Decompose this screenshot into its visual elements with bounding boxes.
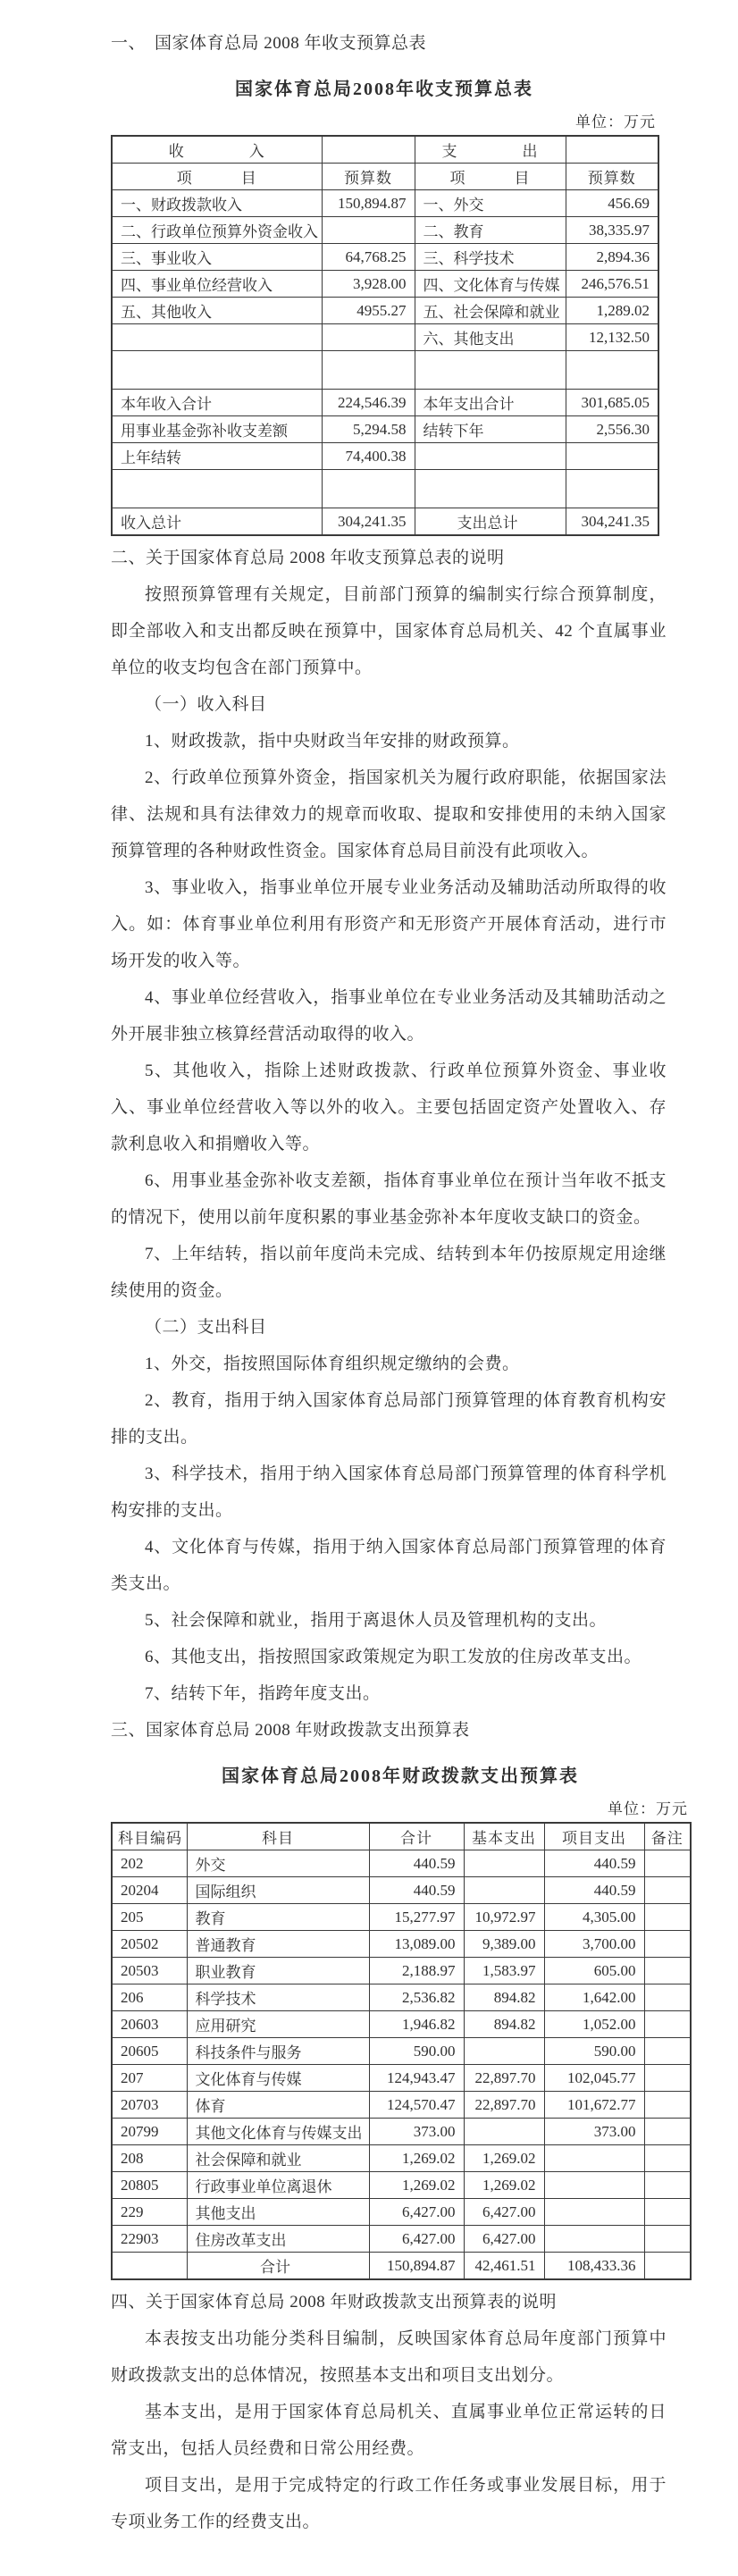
table-cell <box>415 443 566 470</box>
table-row: 上年结转74,400.38 <box>112 443 658 470</box>
table-cell: 20503 <box>112 1958 187 1984</box>
table1-title: 国家体育总局2008年收支预算总表 <box>111 74 658 100</box>
table-cell: 其他文化体育与传媒支出 <box>187 2119 369 2145</box>
table-cell: 1,946.82 <box>369 2011 464 2038</box>
table-cell: 894.82 <box>464 2011 544 2038</box>
paragraph: 1、外交，指按照国际体育组织规定缴纳的会费。 <box>111 1346 667 1382</box>
table-cell: 206 <box>112 1984 187 2011</box>
table-cell: 22903 <box>112 2226 187 2253</box>
table-row: 一、财政拨款收入150,894.87一、外交456.69 <box>112 190 658 217</box>
table-cell: 440.59 <box>369 1877 464 1904</box>
table-cell <box>464 2038 544 2065</box>
table-cell: 590.00 <box>369 2038 464 2065</box>
table-cell: 科学技术 <box>187 1984 369 2011</box>
table-cell <box>644 2145 691 2172</box>
table-cell: 15,277.97 <box>369 1904 464 1931</box>
table-cell: 205 <box>112 1904 187 1931</box>
budget-summary-table: 收 入 支 出 项 目 预算数 项 目 预算数 一、财政拨款收入150,894.… <box>111 135 659 536</box>
section2-heading: 二、关于国家体育总局 2008 年收支预算总表的说明 <box>111 540 665 576</box>
table-cell: 1,269.02 <box>464 2172 544 2199</box>
table-cell: 373.00 <box>369 2119 464 2145</box>
paragraph: 6、其他支出，指按照国家政策规定为职工发放的住房改革支出。 <box>111 1639 667 1675</box>
table-cell <box>644 1904 691 1931</box>
table-cell: 支出总计 <box>415 508 566 536</box>
table-cell: 124,943.47 <box>369 2065 464 2092</box>
table-cell: 894.82 <box>464 1984 544 2011</box>
table-cell: 4955.27 <box>322 298 415 324</box>
table-cell: 108,433.36 <box>544 2253 644 2280</box>
table-header-row: 项 目 预算数 项 目 预算数 <box>112 164 658 190</box>
table-row <box>112 351 658 390</box>
table-cell: 体育 <box>187 2092 369 2119</box>
paragraph: 6、用事业基金弥补收支差额，指体育事业单位在预计当年收不抵支的情况下，使用以前年… <box>111 1162 667 1236</box>
table-cell: 9,389.00 <box>464 1931 544 1958</box>
table-cell: 收入总计 <box>112 508 322 536</box>
table-row: 208社会保障和就业1,269.021,269.02 <box>112 2145 691 2172</box>
table-cell <box>644 1850 691 1877</box>
table-cell: 301,685.05 <box>566 390 658 416</box>
table-cell: 普通教育 <box>187 1931 369 1958</box>
table-cell: 行政事业单位离退休 <box>187 2172 369 2199</box>
table-cell: 1,269.02 <box>369 2145 464 2172</box>
table-row: 合计150,894.8742,461.51108,433.36 <box>112 2253 691 2280</box>
subsection-heading-income: （一）收入科目 <box>111 686 667 723</box>
expense-group-header: 支 出 <box>415 136 566 164</box>
table-cell: 文化体育与传媒 <box>187 2065 369 2092</box>
table-row: 20204国际组织440.59440.59 <box>112 1877 691 1904</box>
table-cell <box>644 2253 691 2280</box>
table-cell: 1,289.02 <box>566 298 658 324</box>
basic-expense-header: 基本支出 <box>464 1823 544 1850</box>
table-cell <box>415 351 566 390</box>
table-row: 本年收入合计224,546.39本年支出合计301,685.05 <box>112 390 658 416</box>
table-cell: 208 <box>112 2145 187 2172</box>
table-row <box>112 470 658 508</box>
table-cell: 12,132.50 <box>566 324 658 351</box>
table-cell: 440.59 <box>544 1850 644 1877</box>
table-cell <box>464 1877 544 1904</box>
table-row: 20799其他文化体育与传媒支出373.00373.00 <box>112 2119 691 2145</box>
table-cell <box>112 470 322 508</box>
table-cell: 20502 <box>112 1931 187 1958</box>
table-cell <box>644 2226 691 2253</box>
table-cell: 一、财政拨款收入 <box>112 190 322 217</box>
table-cell: 124,570.47 <box>369 2092 464 2119</box>
table-cell <box>415 470 566 508</box>
table-cell: 五、其他收入 <box>112 298 322 324</box>
table-cell: 22,897.70 <box>464 2065 544 2092</box>
paragraph: 2、行政单位预算外资金，指国家机关为履行政府职能，依据国家法律、法规和具有法律效… <box>111 759 667 869</box>
table-cell: 2,556.30 <box>566 416 658 443</box>
table-row: 20502普通教育13,089.009,389.003,700.00 <box>112 1931 691 1958</box>
paragraph: 4、文化体育与传媒，指用于纳入国家体育总局部门预算管理的体育类支出。 <box>111 1529 667 1602</box>
table-row: 206科学技术2,536.82894.821,642.00 <box>112 1984 691 2011</box>
table-row: 20503职业教育2,188.971,583.97605.00 <box>112 1958 691 1984</box>
table-cell: 6,427.00 <box>464 2226 544 2253</box>
section1-heading: 一、 国家体育总局 2008 年收支预算总表 <box>111 25 665 62</box>
table-cell: 42,461.51 <box>464 2253 544 2280</box>
table-cell: 5,294.58 <box>322 416 415 443</box>
table-cell: 1,052.00 <box>544 2011 644 2038</box>
table-row: 五、其他收入4955.27五、社会保障和就业1,289.02 <box>112 298 658 324</box>
table-cell <box>322 324 415 351</box>
unit-label: 单位：万元 <box>111 109 656 131</box>
table-cell: 一、外交 <box>415 190 566 217</box>
table-row: 229其他支出6,427.006,427.00 <box>112 2199 691 2226</box>
subject-header: 科目 <box>187 1823 369 1850</box>
table-row: 二、行政单位预算外资金收入二、教育38,335.97 <box>112 217 658 244</box>
table-group-header-row: 收 入 支 出 <box>112 136 658 164</box>
table-cell: 2,188.97 <box>369 1958 464 1984</box>
income-group-header: 收 入 <box>112 136 322 164</box>
table-cell <box>644 2172 691 2199</box>
table-header-row: 科目编码 科目 合计 基本支出 项目支出 备注 <box>112 1823 691 1850</box>
table-row: 六、其他支出12,132.50 <box>112 324 658 351</box>
table-cell: 结转下年 <box>415 416 566 443</box>
paragraph: 5、其他收入，指除上述财政拨款、行政单位预算外资金、事业收入、事业单位经营收入等… <box>111 1053 667 1162</box>
table-cell <box>644 2065 691 2092</box>
table-cell: 2,894.36 <box>566 244 658 271</box>
table-cell: 101,672.77 <box>544 2092 644 2119</box>
table-cell: 三、事业收入 <box>112 244 322 271</box>
table-cell <box>112 2253 187 2280</box>
paragraph: 项目支出，是用于完成特定的行政工作任务或事业发展目标，用于专项业务工作的经费支出… <box>111 2467 667 2540</box>
table-cell: 207 <box>112 2065 187 2092</box>
table-cell: 13,089.00 <box>369 1931 464 1958</box>
table-cell: 外交 <box>187 1850 369 1877</box>
table-cell: 22,897.70 <box>464 2092 544 2119</box>
table-cell: 20805 <box>112 2172 187 2199</box>
paragraph: 按照预算管理有关规定，目前部门预算的编制实行综合预算制度，即全部收入和支出都反映… <box>111 576 667 686</box>
table-cell: 20605 <box>112 2038 187 2065</box>
table-cell <box>464 2119 544 2145</box>
table-cell: 4,305.00 <box>544 1904 644 1931</box>
table-cell: 1,583.97 <box>464 1958 544 1984</box>
table-cell <box>566 470 658 508</box>
remarks-header: 备注 <box>644 1823 691 1850</box>
table-cell: 6,427.00 <box>464 2199 544 2226</box>
table-cell <box>464 1850 544 1877</box>
table-row: 202外交440.59440.59 <box>112 1850 691 1877</box>
paragraph: 7、结转下年，指跨年度支出。 <box>111 1675 667 1712</box>
table-cell <box>112 324 322 351</box>
subject-code-header: 科目编码 <box>112 1823 187 1850</box>
table-cell: 440.59 <box>544 1877 644 1904</box>
table-cell: 用事业基金弥补收支差额 <box>112 416 322 443</box>
paragraph: 5、社会保障和就业，指用于离退休人员及管理机构的支出。 <box>111 1602 667 1639</box>
table-cell: 38,335.97 <box>566 217 658 244</box>
section3-heading: 三、国家体育总局 2008 年财政拨款支出预算表 <box>111 1712 665 1749</box>
table-cell: 456.69 <box>566 190 658 217</box>
table-row: 用事业基金弥补收支差额5,294.58结转下年2,556.30 <box>112 416 658 443</box>
table-cell <box>644 1877 691 1904</box>
table-cell: 上年结转 <box>112 443 322 470</box>
paragraph: 基本支出，是用于国家体育总局机关、直属事业单位正常运转的日常支出，包括人员经费和… <box>111 2394 667 2467</box>
table-cell: 住房改革支出 <box>187 2226 369 2253</box>
table-cell: 304,241.35 <box>322 508 415 536</box>
appropriation-expense-table: 科目编码 科目 合计 基本支出 项目支出 备注 202外交440.59440.5… <box>111 1822 692 2280</box>
table-cell: 应用研究 <box>187 2011 369 2038</box>
expense-item-header: 项 目 <box>415 164 566 190</box>
table-cell <box>644 2092 691 2119</box>
blank-header-cell <box>322 136 415 164</box>
table-cell <box>644 1931 691 1958</box>
table-cell: 20603 <box>112 2011 187 2038</box>
table-cell <box>544 2145 644 2172</box>
table-cell: 社会保障和就业 <box>187 2145 369 2172</box>
table-row: 22903住房改革支出6,427.006,427.00 <box>112 2226 691 2253</box>
table-row: 20805行政事业单位离退休1,269.021,269.02 <box>112 2172 691 2199</box>
table-row: 四、事业单位经营收入3,928.00四、文化体育与传媒246,576.51 <box>112 271 658 298</box>
table-cell: 本年支出合计 <box>415 390 566 416</box>
table-cell <box>644 2199 691 2226</box>
blank-header-cell <box>566 136 658 164</box>
table-cell: 2,536.82 <box>369 1984 464 2011</box>
income-item-header: 项 目 <box>112 164 322 190</box>
table-cell: 五、社会保障和就业 <box>415 298 566 324</box>
table-cell: 20204 <box>112 1877 187 1904</box>
table-cell: 国际组织 <box>187 1877 369 1904</box>
table-cell <box>644 2119 691 2145</box>
document-page: { "s1": { "heading": "一、 国家体育总局 2008 年收支… <box>0 0 738 2576</box>
total-header: 合计 <box>369 1823 464 1850</box>
table-cell: 四、事业单位经营收入 <box>112 271 322 298</box>
table-cell: 246,576.51 <box>566 271 658 298</box>
table2-body: 202外交440.59440.5920204国际组织440.59440.5920… <box>112 1850 691 2280</box>
project-expense-header: 项目支出 <box>544 1823 644 1850</box>
table-cell: 590.00 <box>544 2038 644 2065</box>
table-cell <box>322 217 415 244</box>
table1-body: 一、财政拨款收入150,894.87一、外交456.69二、行政单位预算外资金收… <box>112 190 658 536</box>
table-cell <box>322 351 415 390</box>
table-cell <box>644 1984 691 2011</box>
table-cell <box>566 351 658 390</box>
expense-budget-header: 预算数 <box>566 164 658 190</box>
table-cell: 64,768.25 <box>322 244 415 271</box>
table-cell <box>566 443 658 470</box>
table-row: 20603应用研究1,946.82894.821,052.00 <box>112 2011 691 2038</box>
paragraph: 2、教育，指用于纳入国家体育总局部门预算管理的体育教育机构安排的支出。 <box>111 1382 667 1456</box>
table-cell <box>112 351 322 390</box>
table-cell: 教育 <box>187 1904 369 1931</box>
table-cell: 20703 <box>112 2092 187 2119</box>
paragraph: 本表按支出功能分类科目编制，反映国家体育总局年度部门预算中财政拨款支出的总体情况… <box>111 2320 667 2394</box>
table-cell: 20799 <box>112 2119 187 2145</box>
table-cell: 605.00 <box>544 1958 644 1984</box>
paragraph: 1、财政拨款，指中央财政当年安排的财政预算。 <box>111 723 667 759</box>
table-cell <box>544 2172 644 2199</box>
table-cell: 229 <box>112 2199 187 2226</box>
table-cell: 3,700.00 <box>544 1931 644 1958</box>
table-cell <box>322 470 415 508</box>
table-cell <box>544 2226 644 2253</box>
table-cell: 三、科学技术 <box>415 244 566 271</box>
table-cell <box>644 1958 691 1984</box>
table-cell: 150,894.87 <box>322 190 415 217</box>
table-cell: 1,642.00 <box>544 1984 644 2011</box>
table-cell: 1,269.02 <box>369 2172 464 2199</box>
table-row: 207文化体育与传媒124,943.4722,897.70102,045.77 <box>112 2065 691 2092</box>
table-row: 收入总计304,241.35支出总计304,241.35 <box>112 508 658 536</box>
table-row: 205教育15,277.9710,972.974,305.00 <box>112 1904 691 1931</box>
section4-heading: 四、关于国家体育总局 2008 年财政拨款支出预算表的说明 <box>111 2284 665 2320</box>
table-cell: 102,045.77 <box>544 2065 644 2092</box>
table-cell: 四、文化体育与传媒 <box>415 271 566 298</box>
table-cell <box>644 2038 691 2065</box>
table2-title: 国家体育总局2008年财政拨款支出预算表 <box>111 1761 690 1787</box>
table-cell: 本年收入合计 <box>112 390 322 416</box>
table-cell: 6,427.00 <box>369 2226 464 2253</box>
table-cell: 科技条件与服务 <box>187 2038 369 2065</box>
table-cell: 3,928.00 <box>322 271 415 298</box>
income-expense-table-block: 国家体育总局2008年收支预算总表 单位：万元 收 入 支 出 项 目 预算数 … <box>111 74 658 536</box>
table-cell: 224,546.39 <box>322 390 415 416</box>
table-row: 20703体育124,570.4722,897.70101,672.77 <box>112 2092 691 2119</box>
table-cell: 304,241.35 <box>566 508 658 536</box>
table-cell: 六、其他支出 <box>415 324 566 351</box>
paragraph: 3、科学技术，指用于纳入国家体育总局部门预算管理的体育科学机构安排的支出。 <box>111 1456 667 1529</box>
table-cell: 二、教育 <box>415 217 566 244</box>
subsection-heading-expense: （二）支出科目 <box>111 1309 667 1346</box>
paragraph: 3、事业收入，指事业单位开展专业业务活动及辅助活动所取得的收入。如：体育事业单位… <box>111 869 667 979</box>
table-cell: 合计 <box>187 2253 369 2280</box>
table-row: 三、事业收入64,768.25三、科学技术2,894.36 <box>112 244 658 271</box>
table-cell: 440.59 <box>369 1850 464 1877</box>
income-budget-header: 预算数 <box>322 164 415 190</box>
table-cell <box>544 2199 644 2226</box>
appropriation-table-block: 国家体育总局2008年财政拨款支出预算表 单位：万元 科目编码 科目 合计 基本… <box>111 1761 690 2280</box>
paragraph: 4、事业单位经营收入，指事业单位在专业业务活动及其辅助活动之外开展非独立核算经营… <box>111 979 667 1053</box>
table-cell: 74,400.38 <box>322 443 415 470</box>
table-cell: 373.00 <box>544 2119 644 2145</box>
table-row: 20605科技条件与服务590.00590.00 <box>112 2038 691 2065</box>
table-cell: 二、行政单位预算外资金收入 <box>112 217 322 244</box>
paragraph: 7、上年结转，指以前年度尚未完成、结转到本年仍按原规定用途继续使用的资金。 <box>111 1236 667 1309</box>
unit-label: 单位：万元 <box>111 1796 688 1818</box>
table-cell: 6,427.00 <box>369 2199 464 2226</box>
table-cell: 职业教育 <box>187 1958 369 1984</box>
table-cell: 1,269.02 <box>464 2145 544 2172</box>
budget-document: 一、 国家体育总局 2008 年收支预算总表 国家体育总局2008年收支预算总表… <box>0 0 738 2576</box>
table-cell: 10,972.97 <box>464 1904 544 1931</box>
table-cell <box>644 2011 691 2038</box>
table-cell: 150,894.87 <box>369 2253 464 2280</box>
table-cell: 其他支出 <box>187 2199 369 2226</box>
table-cell: 202 <box>112 1850 187 1877</box>
